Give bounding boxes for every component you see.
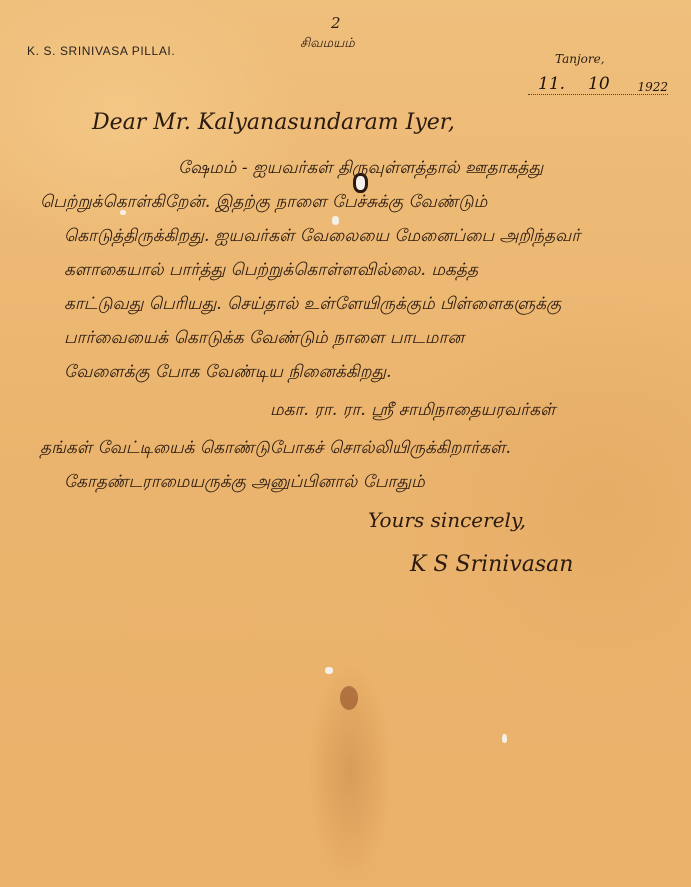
letter-page: K. S. SRINIVASA PILLAI. 2 சிவமயம் Tanjor… <box>0 0 691 887</box>
invocation-heading: சிவமயம் <box>300 36 355 52</box>
body-line: பெற்றுக்கொள்கிறேன். இதற்கு நாளை பேச்சுக்… <box>40 192 487 214</box>
paper-hole <box>356 176 365 190</box>
paper-hole <box>502 734 507 743</box>
date-day: 11. <box>538 74 565 94</box>
paper-hole <box>332 216 339 225</box>
date-line: 11. 10 1922 <box>528 78 668 95</box>
body-line: வேளைக்கு போக வேண்டிய நினைக்கிறது. <box>64 362 392 384</box>
body-line: தங்கள் வேட்டியைக் கொண்டுபோகச் சொல்லியிரு… <box>40 438 511 460</box>
body-line: பார்வையைக் கொடுக்க வேண்டும் நாளை பாடமான <box>64 328 464 350</box>
body-line: மகா. ரா. ரா. ஸ்ரீ சாமிநாதையரவர்கள் <box>270 400 555 422</box>
page-number: 2 <box>331 14 341 32</box>
letterhead-sender-name: K. S. SRINIVASA PILLAI. <box>27 44 175 58</box>
paper-hole <box>325 667 333 674</box>
closing: Yours sincerely, <box>368 508 526 532</box>
body-line: கொடுத்திருக்கிறது. ஐயவர்கள் வேலையை மேனைப… <box>64 226 580 248</box>
body-line: கோதண்டராமையருக்கு அனுப்பினால் போதும் <box>64 472 425 494</box>
body-line: காட்டுவது பெரியது. செய்தால் உள்ளேயிருக்க… <box>64 294 561 316</box>
paper-hole <box>120 210 126 215</box>
salutation: Dear Mr. Kalyanasundaram Iyer, <box>92 110 455 135</box>
date-year: 1922 <box>637 80 668 94</box>
place-of-writing: Tanjore, <box>555 52 605 66</box>
ink-stain <box>340 686 358 710</box>
date-month: 10 <box>588 74 610 94</box>
body-line: களாகையால் பார்த்து பெற்றுக்கொள்ளவில்லை. … <box>64 260 478 282</box>
signature: K S Srinivasan <box>410 552 573 577</box>
